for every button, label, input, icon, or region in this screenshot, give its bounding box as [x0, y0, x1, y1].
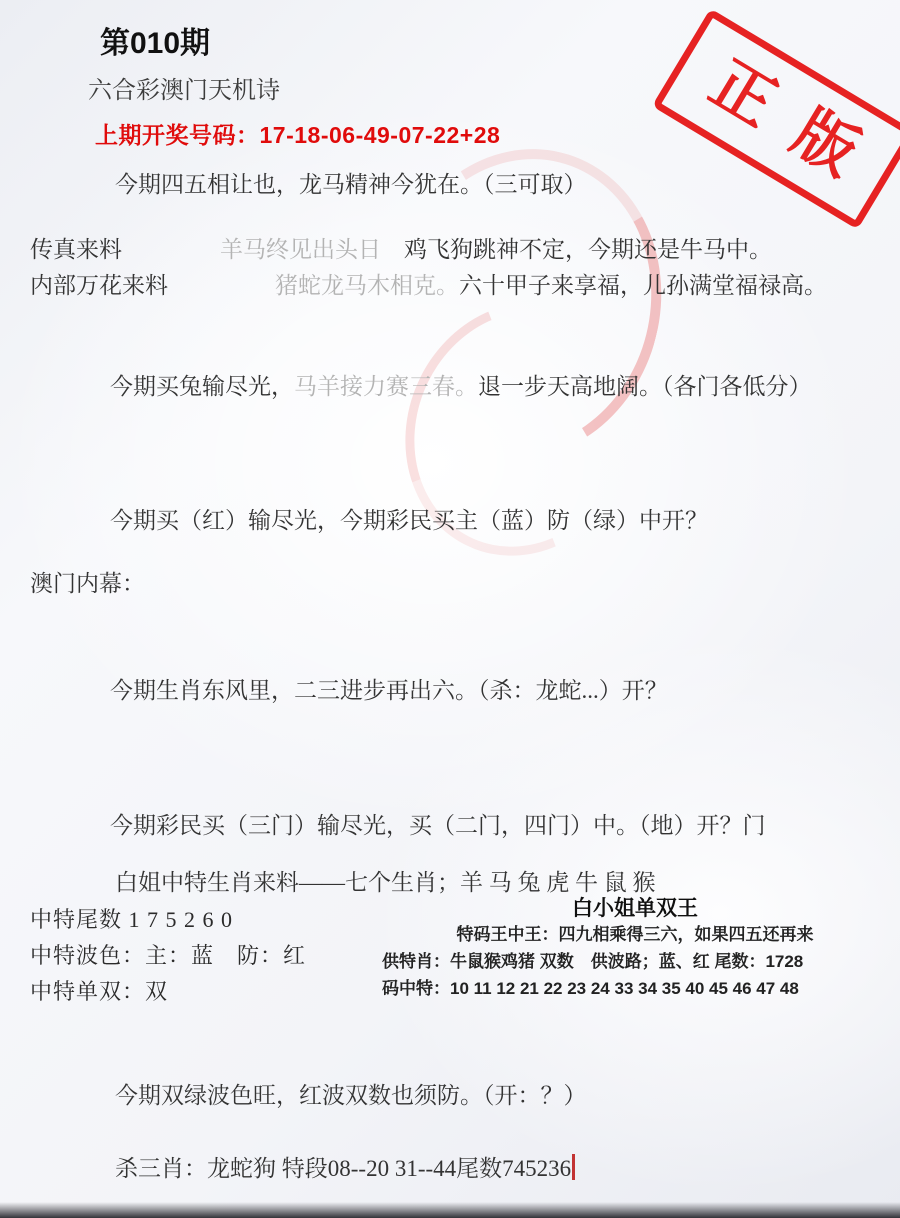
- special-wave-color: 中特波色：主：蓝 防：红: [30, 939, 306, 970]
- tip-rabbit-faint: 马羊接力赛三春。: [294, 374, 478, 399]
- tip-rabbit-line: 今期买兔输尽光，马羊接力赛三春。退一步天高地阔。（各门各低分）: [110, 368, 812, 401]
- kill-zodiac-text: 杀三肖：龙蛇狗 特段08--20 31--44尾数745236: [115, 1156, 571, 1181]
- fax-text: 鸡飞狗跳神不定，今期还是牛马中。: [404, 237, 772, 262]
- macau-insider-label: 澳门内幕：: [30, 565, 145, 598]
- tip-zodiac-line: 今期生肖东风里，二三进步再出六。（杀：龙蛇...）开？: [110, 672, 668, 705]
- stamp-char: 版: [783, 101, 868, 186]
- right-panel-king-line: 特码王中王：四九相乘得三六，如果四五还再来: [380, 920, 890, 945]
- tip-doors-line: 今期彩民买（三门）输尽光，买（二门，四门）中。（地）开？门: [110, 807, 766, 840]
- tip-rabbit-post: 退一步天高地阔。（各门各低分）: [478, 374, 812, 399]
- issue-title: 第010期: [100, 18, 210, 62]
- fax-label: 传真来料: [30, 231, 220, 264]
- special-tail-numbers: 中特尾数 1 7 5 2 6 0: [30, 903, 233, 934]
- poem-line-1: 今期四五相让也，龙马精神今犹在。（三可取）: [115, 166, 587, 199]
- tip-green-wave-line: 今期双绿波色旺，红波双数也须防。（开：？）: [115, 1077, 587, 1110]
- right-panel-zodiac-line: 供特肖：牛鼠猴鸡猪 双数 供波路；蓝、红 尾数：1728: [382, 947, 803, 972]
- right-panel-numbers-line: 码中特：10 11 12 21 22 23 24 33 34 35 40 45 …: [382, 974, 799, 999]
- series-title: 六合彩澳门天机诗: [88, 70, 280, 105]
- special-parity: 中特单双：双: [30, 975, 168, 1006]
- kill-zodiac-line: 杀三肖：龙蛇狗 特段08--20 31--44尾数745236: [115, 1150, 575, 1183]
- internal-label: 内部万花来料: [30, 267, 275, 300]
- tip-rabbit-pre: 今期买兔输尽光，: [110, 374, 294, 399]
- internal-faint-text: 猪蛇龙马木相克。: [275, 273, 459, 298]
- fax-faint-text: 羊马终见出头日: [220, 237, 381, 262]
- last-draw-numbers: 上期开奖号码：17-18-06-49-07-22+28: [95, 117, 500, 150]
- text-cursor: [572, 1154, 575, 1180]
- document-canvas[interactable]: 正 版 第010期 六合彩澳门天机诗 上期开奖号码：17-18-06-49-07…: [0, 0, 900, 1218]
- right-panel-title: 白小姐单双王: [380, 892, 890, 922]
- internal-line: 内部万花来料猪蛇龙马木相克。六十甲子来享福，儿孙满堂福禄高。: [30, 267, 827, 300]
- stamp-char: 正: [700, 52, 785, 137]
- internal-text: 六十甲子来享福，儿孙满堂福禄高。: [459, 273, 827, 298]
- bottom-shadow: [0, 1202, 900, 1218]
- fax-line: 传真来料羊马终见出头日 鸡飞狗跳神不定，今期还是牛马中。: [30, 231, 772, 264]
- genuine-stamp: 正 版: [652, 8, 900, 229]
- tip-color-line: 今期买（红）输尽光，今期彩民买主（蓝）防（绿）中开？: [110, 502, 708, 535]
